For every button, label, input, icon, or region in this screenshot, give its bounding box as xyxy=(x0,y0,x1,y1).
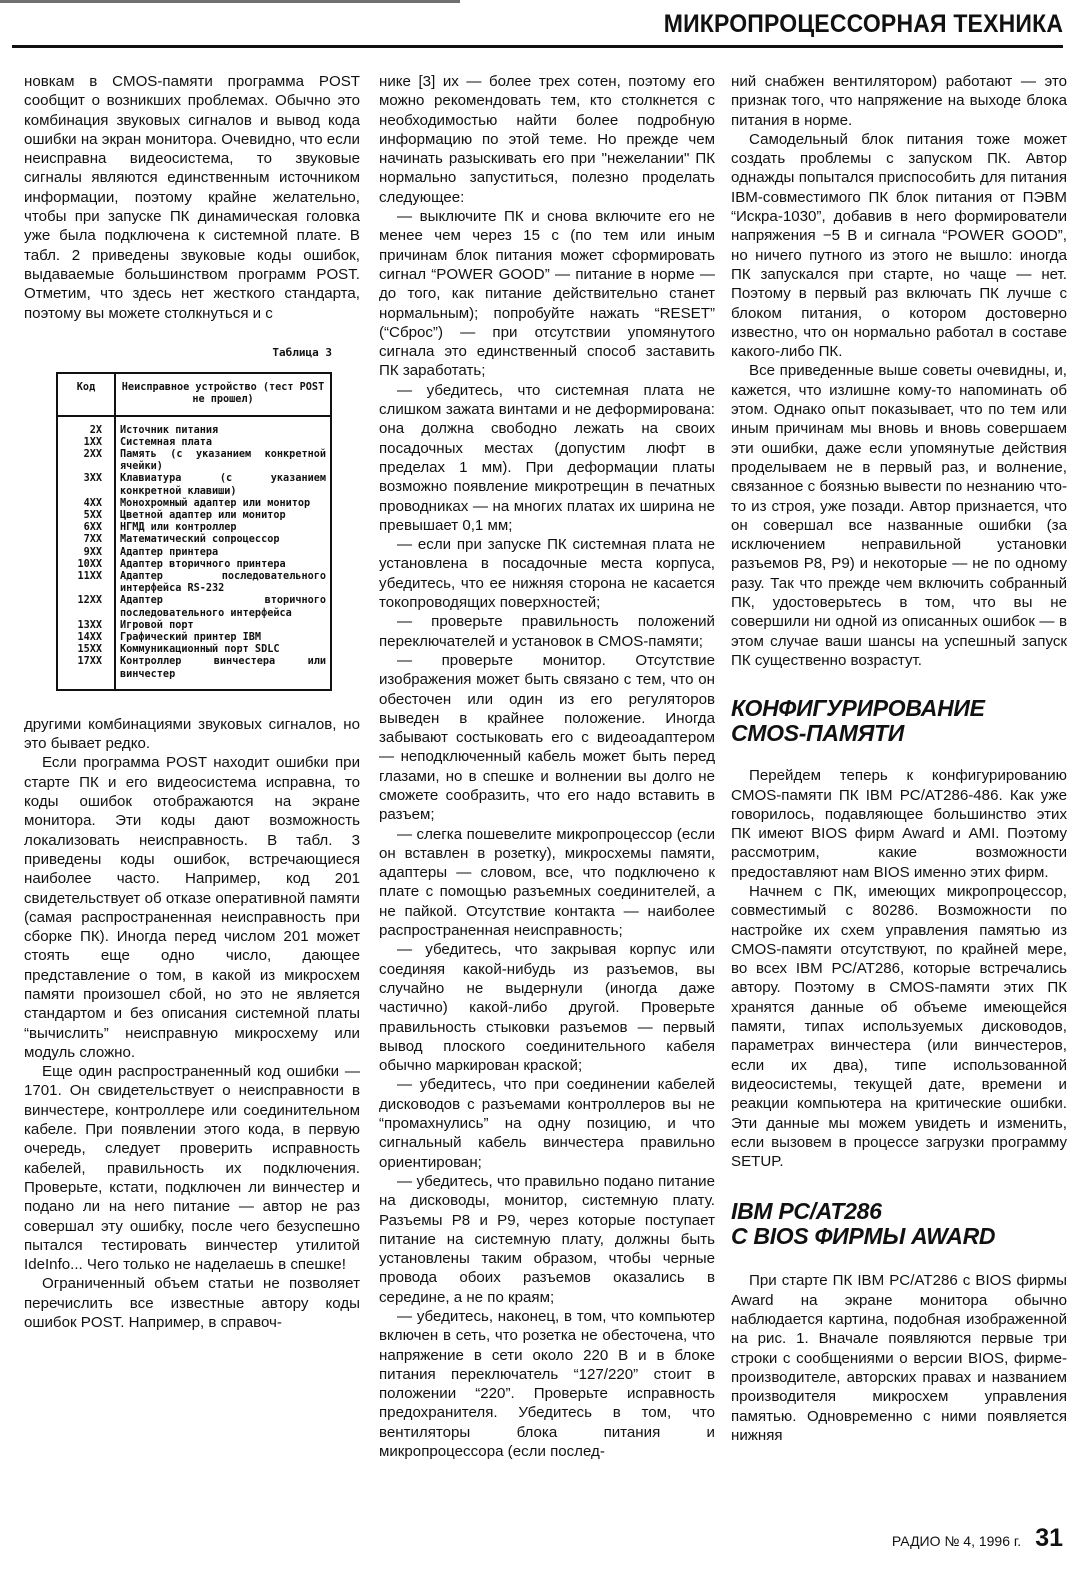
table-row: 13XXИгровой порт xyxy=(57,620,331,632)
faulty-device: Источник питания xyxy=(115,416,331,437)
heading-line: IBM PC/AT286 xyxy=(731,1198,882,1224)
error-code: 2XX xyxy=(57,449,115,473)
table-row: 5XXЦветной адаптер или монитор xyxy=(57,510,331,522)
faulty-device: Адаптер последовательного интерфейса RS-… xyxy=(115,571,331,595)
list-item: — проверьте правильность положений перек… xyxy=(379,612,715,651)
section-heading-cmos: КОНФИГУРИРОВАНИЕ CMOS-ПАМЯТИ xyxy=(731,696,1067,746)
table-row: 3XXКлавиатура (с указанием конкретной кл… xyxy=(57,473,331,497)
table-caption: Таблица 3 xyxy=(56,343,332,362)
table-row: 7XXМатематический сопроцессор xyxy=(57,534,331,546)
faulty-device: Монохромный адаптер или монитор xyxy=(115,498,331,510)
faulty-device: Системная плата xyxy=(115,437,331,449)
list-item: — убедитесь, что закрывая корпус или сое… xyxy=(379,940,715,1075)
error-code: 17XX xyxy=(57,656,115,689)
table-row: 12XXАдаптер вторичного последовательного… xyxy=(57,595,331,619)
table-row: 9XXАдаптер принтера xyxy=(57,547,331,559)
paragraph: Еще один распространенный код ошибки — 1… xyxy=(24,1062,360,1274)
error-code: 3XX xyxy=(57,473,115,497)
table-row: 15XXКоммуникационный порт SDLC xyxy=(57,644,331,656)
table-row: 17XXКонтроллер винчестера или винчестер xyxy=(57,656,331,689)
list-item: — проверьте монитор. Отсутствие изображе… xyxy=(379,651,715,825)
error-code: 1XX xyxy=(57,437,115,449)
error-code: 4XX xyxy=(57,498,115,510)
paragraph: другими комбинациями звуковых сигналов, … xyxy=(24,715,360,754)
paragraph: Все приведенные выше советы очевидны, и,… xyxy=(731,361,1067,670)
list-item: — убедитесь, что при соединении кабелей … xyxy=(379,1075,715,1171)
table-header-row: Код Неисправное устройство (тест POST не… xyxy=(57,373,331,415)
error-code: 2X xyxy=(57,416,115,437)
header-rule xyxy=(12,45,1063,48)
faulty-device: Адаптер принтера xyxy=(115,547,331,559)
table-row: 4XXМонохромный адаптер или монитор xyxy=(57,498,331,510)
magazine-issue: РАДИО № 4, 1996 г. xyxy=(892,1533,1021,1549)
error-code: 6XX xyxy=(57,522,115,534)
error-code: 7XX xyxy=(57,534,115,546)
paragraph: Начнем с ПК, имеющих микропроцессор, сов… xyxy=(731,882,1067,1171)
faulty-device: Контроллер винчестера или винчестер xyxy=(115,656,331,689)
list-item: — убедитесь, что системная плата не слиш… xyxy=(379,381,715,535)
page-footer: РАДИО № 4, 1996 г. 31 xyxy=(892,1524,1063,1553)
section-heading-award: IBM PC/AT286 С BIOS ФИРМЫ AWARD xyxy=(731,1199,1067,1249)
faulty-device: Игровой порт xyxy=(115,620,331,632)
table-row: 10XXАдаптер вторичного принтера xyxy=(57,559,331,571)
error-code: 11XX xyxy=(57,571,115,595)
section-header: МИКРОПРОЦЕССОРНАЯ ТЕХНИКА xyxy=(664,10,1063,39)
error-code: 12XX xyxy=(57,595,115,619)
error-code: 10XX xyxy=(57,559,115,571)
faulty-device: Адаптер вторичного принтера xyxy=(115,559,331,571)
paragraph: При старте ПК IBM PC/AT286 с BIOS фирмы … xyxy=(731,1271,1067,1445)
list-item: — слегка пошевелите микропроцессор (если… xyxy=(379,825,715,941)
heading-line: КОНФИГУРИРОВАНИЕ xyxy=(731,695,985,721)
paragraph: ний снабжен вентилятором) работают — это… xyxy=(731,72,1067,130)
table-row: 2XXПамять (с указанием конкретной ячейки… xyxy=(57,449,331,473)
paragraph: Самодельный блок питания тоже может созд… xyxy=(731,130,1067,362)
column-3: ний снабжен вентилятором) работают — это… xyxy=(731,72,1067,1445)
table-row: 11XXАдаптер последовательного интерфейса… xyxy=(57,571,331,595)
error-code: 14XX xyxy=(57,632,115,644)
error-code: 13XX xyxy=(57,620,115,632)
faulty-device: НГМД или контроллер xyxy=(115,522,331,534)
error-code: 9XX xyxy=(57,547,115,559)
heading-line: CMOS-ПАМЯТИ xyxy=(731,720,904,746)
faulty-device: Графический принтер IBM xyxy=(115,632,331,644)
column-2: нике [3] их — более трех сотен, поэтому … xyxy=(379,72,715,1461)
error-code: 15XX xyxy=(57,644,115,656)
faulty-device: Коммуникационный порт SDLC xyxy=(115,644,331,656)
table-row: 14XXГрафический принтер IBM xyxy=(57,632,331,644)
faulty-device: Математический сопроцессор xyxy=(115,534,331,546)
list-item: — выключите ПК и снова включите его не м… xyxy=(379,207,715,381)
faulty-device: Цветной адаптер или монитор xyxy=(115,510,331,522)
faulty-device: Клавиатура (с указанием конкретной клави… xyxy=(115,473,331,497)
list-item: — если при запуске ПК системная плата не… xyxy=(379,535,715,612)
column-header-device: Неисправное устройство (тест POST не про… xyxy=(115,373,331,415)
faulty-device: Память (с указанием конкретной ячейки) xyxy=(115,449,331,473)
paragraph: Ограниченный объем статьи не позволяет п… xyxy=(24,1274,360,1332)
error-code: 5XX xyxy=(57,510,115,522)
column-header-code: Код xyxy=(57,373,115,415)
table-3: Таблица 3 Код Неисправное устройство (те… xyxy=(56,343,332,691)
scan-artifact xyxy=(0,0,460,3)
list-item: — убедитесь, что правильно подано питани… xyxy=(379,1172,715,1307)
list-item: — убедитесь, наконец, в том, что компьют… xyxy=(379,1307,715,1461)
paragraph: нике [3] их — более трех сотен, поэтому … xyxy=(379,72,715,207)
heading-line: С BIOS ФИРМЫ AWARD xyxy=(731,1223,995,1249)
paragraph: Если программа POST находит ошибки при с… xyxy=(24,753,360,1062)
table-row: 2XИсточник питания xyxy=(57,416,331,437)
paragraph: новкам в CMOS-памяти программа POST сооб… xyxy=(24,72,360,323)
paragraph: Перейдем теперь к конфигурированию CMOS-… xyxy=(731,766,1067,882)
column-1: новкам в CMOS-памяти программа POST сооб… xyxy=(24,72,360,1332)
table-row: 6XXНГМД или контроллер xyxy=(57,522,331,534)
table-body: 2XИсточник питания1XXСистемная плата2XXП… xyxy=(57,416,331,690)
faulty-device: Адаптер вторичного последовательного инт… xyxy=(115,595,331,619)
table-row: 1XXСистемная плата xyxy=(57,437,331,449)
error-codes-table: Код Неисправное устройство (тест POST не… xyxy=(56,372,332,691)
page-number: 31 xyxy=(1035,1524,1063,1553)
